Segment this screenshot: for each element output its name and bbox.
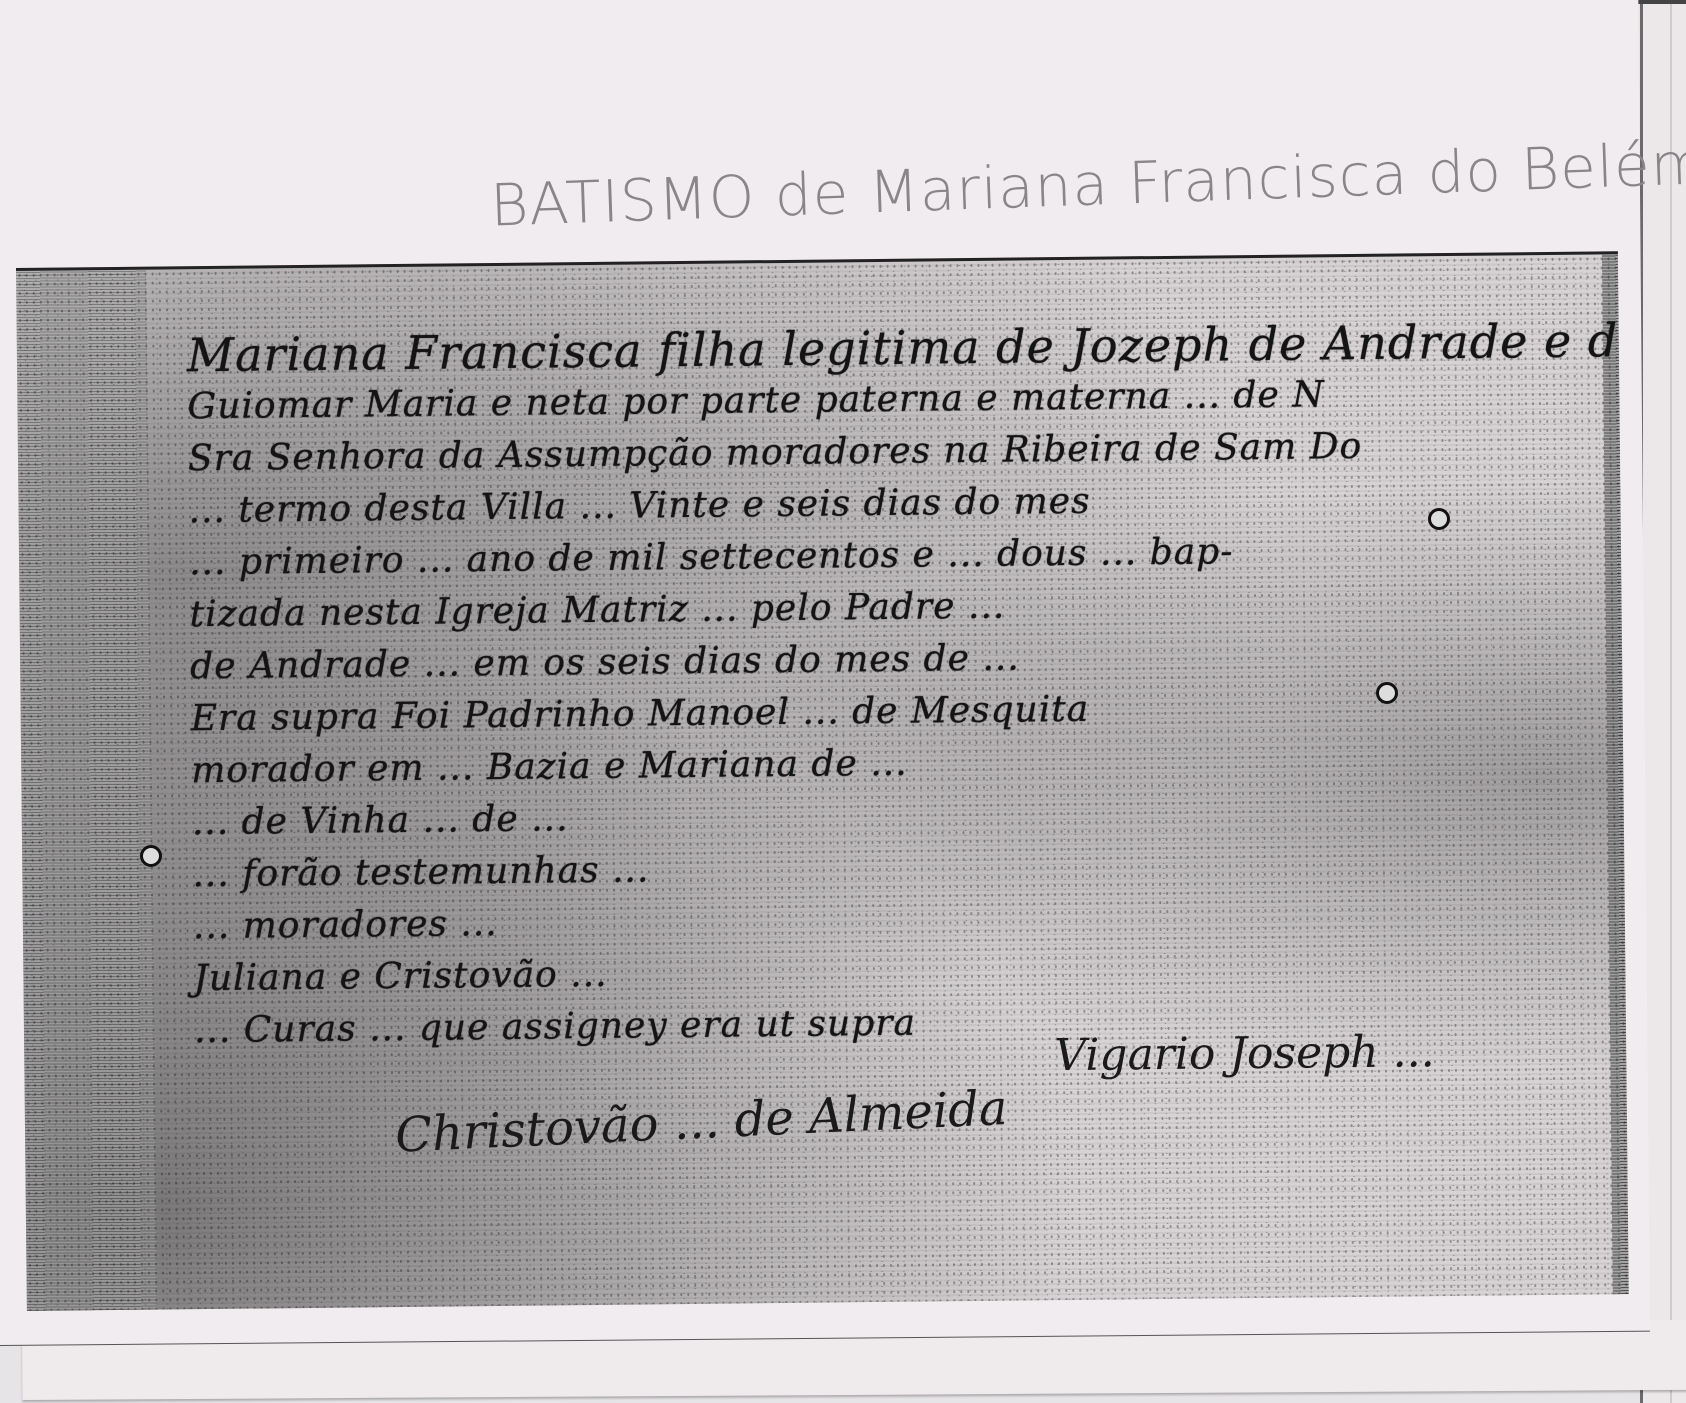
- signature-vigario: Vigario Joseph ...: [1054, 1026, 1435, 1081]
- handwritten-title-annotation: BATISMO de Mariana Francisca do Belém: [489, 129, 1686, 239]
- punch-hole: [1428, 508, 1450, 530]
- manuscript-text: Mariana Francisca filha legitima de Joze…: [187, 316, 1495, 1058]
- manuscript-photocopy: Mariana Francisca filha legitima de Joze…: [16, 251, 1629, 1311]
- punch-hole: [140, 845, 162, 867]
- sheet-edge: [1670, 0, 1672, 1403]
- punch-hole: [1376, 682, 1398, 704]
